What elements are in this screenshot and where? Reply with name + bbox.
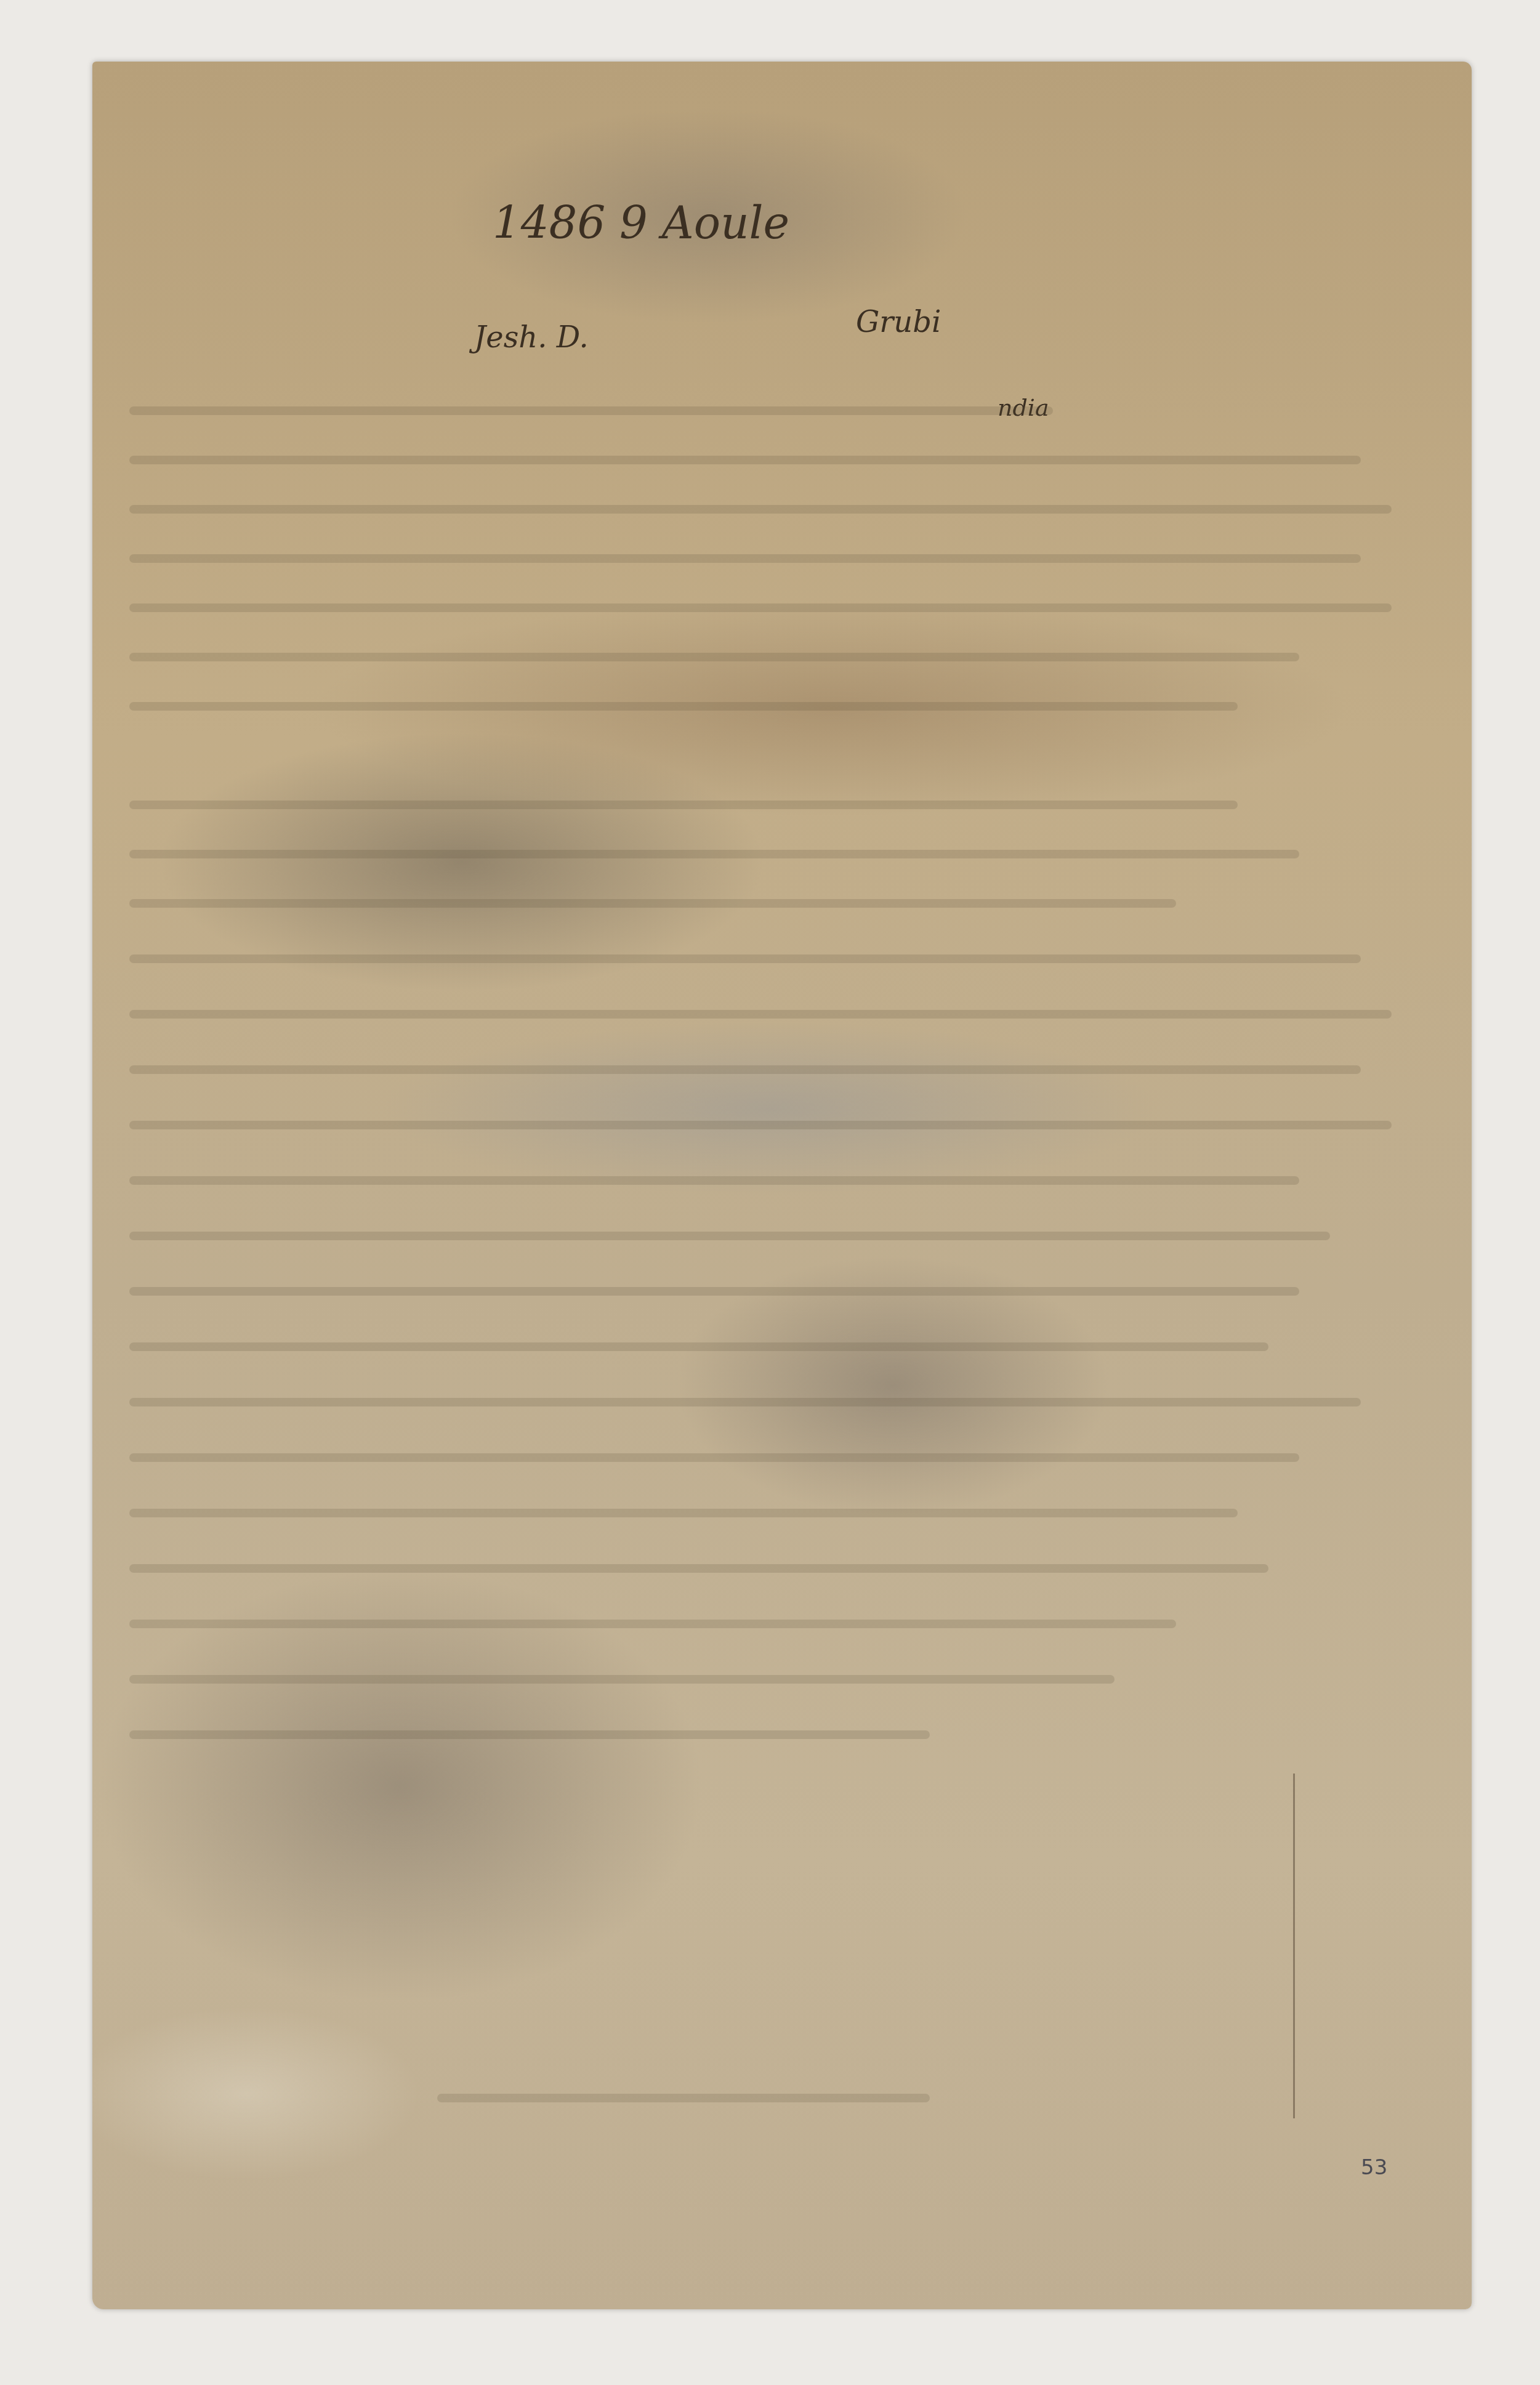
left-annotation: Jesh. D. bbox=[474, 320, 589, 355]
header-annotation: 1486 9 Aoule bbox=[493, 197, 789, 249]
page-number: 53 bbox=[1361, 2155, 1387, 2180]
parchment-sheet: 1486 9 Aoule Jesh. D. Grubi ndia 53 bbox=[92, 62, 1472, 2309]
notarial-sign-mark bbox=[1293, 1774, 1295, 2118]
right-annotation: Grubi bbox=[856, 305, 941, 339]
